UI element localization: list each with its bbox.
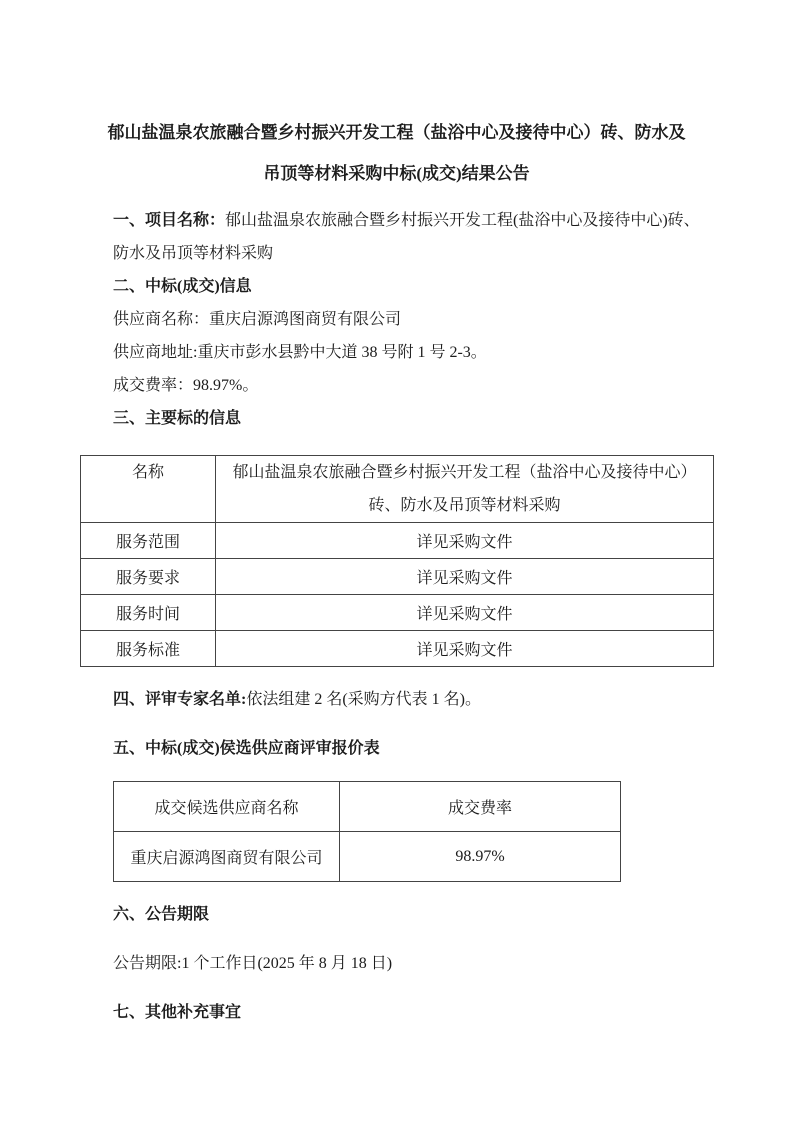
- section-7-heading: 七、其他补充事宜: [113, 996, 713, 1029]
- cell-value: 详见采购文件: [216, 631, 714, 667]
- supplier-address-value: 重庆市彭水县黔中大道 38 号附 1 号 2-3。: [197, 344, 486, 361]
- experts-label: 四、评审专家名单:: [113, 691, 246, 708]
- cell-label: 名称: [81, 456, 216, 523]
- table-row: 重庆启源鸿图商贸有限公司 98.97%: [114, 832, 621, 882]
- project-name-paragraph: 一、项目名称：郁山盐温泉农旅融合暨乡村振兴开发工程(盐浴中心及接待中心)砖、防水…: [113, 204, 713, 270]
- section-6-heading: 六、公告期限: [113, 898, 713, 931]
- table-row: 服务范围 详见采购文件: [81, 523, 714, 559]
- cell-value: 郁山盐温泉农旅融合暨乡村振兴开发工程（盐浴中心及接待中心）砖、防水及吊顶等材料采…: [216, 456, 714, 523]
- header-deal-rate: 成交费率: [340, 782, 621, 832]
- deal-rate-value: 98.97%。: [193, 377, 258, 394]
- cell-value: 详见采购文件: [216, 559, 714, 595]
- cell-label: 服务时间: [81, 595, 216, 631]
- experts-line: 四、评审专家名单:依法组建 2 名(采购方代表 1 名)。: [113, 683, 713, 716]
- cell-deal-rate: 98.97%: [340, 832, 621, 882]
- cell-label: 服务要求: [81, 559, 216, 595]
- deal-rate-line: 成交费率：98.97%。: [113, 369, 713, 402]
- footer-text-block: 六、公告期限 公告期限:1 个工作日(2025 年 8 月 18 日) 七、其他…: [113, 898, 713, 1029]
- section-2-heading: 二、中标(成交)信息: [113, 270, 713, 303]
- table-row: 服务标准 详见采购文件: [81, 631, 714, 667]
- cell-label: 服务标准: [81, 631, 216, 667]
- deal-rate-label: 成交费率：: [113, 377, 193, 394]
- announcement-period-line: 公告期限:1 个工作日(2025 年 8 月 18 日): [113, 947, 713, 980]
- section-5-heading: 五、中标(成交)侯选供应商评审报价表: [113, 732, 713, 765]
- supplier-address-label: 供应商地址:: [113, 344, 197, 361]
- document-title: 郁山盐温泉农旅融合暨乡村振兴开发工程（盐浴中心及接待中心）砖、防水及 吊顶等材料…: [0, 0, 793, 194]
- candidates-table: 成交候选供应商名称 成交费率 重庆启源鸿图商贸有限公司 98.97%: [113, 781, 621, 882]
- main-subject-table: 名称 郁山盐温泉农旅融合暨乡村振兴开发工程（盐浴中心及接待中心）砖、防水及吊顶等…: [80, 455, 714, 667]
- cell-supplier-name: 重庆启源鸿图商贸有限公司: [114, 832, 340, 882]
- table-row: 服务时间 详见采购文件: [81, 595, 714, 631]
- supplier-name-label: 供应商名称：: [113, 311, 209, 328]
- project-name-label: 一、项目名称：: [113, 212, 225, 229]
- middle-text-block: 四、评审专家名单:依法组建 2 名(采购方代表 1 名)。 五、中标(成交)侯选…: [113, 683, 713, 765]
- cell-value: 详见采购文件: [216, 595, 714, 631]
- table-row: 名称 郁山盐温泉农旅融合暨乡村振兴开发工程（盐浴中心及接待中心）砖、防水及吊顶等…: [81, 456, 714, 523]
- cell-label: 服务范围: [81, 523, 216, 559]
- table-row: 服务要求 详见采购文件: [81, 559, 714, 595]
- supplier-name-line: 供应商名称：重庆启源鸿图商贸有限公司: [113, 303, 713, 336]
- supplier-name-value: 重庆启源鸿图商贸有限公司: [209, 311, 401, 328]
- section-3-heading: 三、主要标的信息: [113, 402, 713, 435]
- experts-value: 依法组建 2 名(采购方代表 1 名)。: [246, 691, 481, 708]
- document-title-line1: 郁山盐温泉农旅融合暨乡村振兴开发工程（盐浴中心及接待中心）砖、防水及: [0, 112, 793, 153]
- intro-text-block: 一、项目名称：郁山盐温泉农旅融合暨乡村振兴开发工程(盐浴中心及接待中心)砖、防水…: [113, 204, 713, 435]
- document-title-line2: 吊顶等材料采购中标(成交)结果公告: [0, 153, 793, 194]
- cell-value: 详见采购文件: [216, 523, 714, 559]
- supplier-address-line: 供应商地址:重庆市彭水县黔中大道 38 号附 1 号 2-3。: [113, 336, 713, 369]
- header-supplier-name: 成交候选供应商名称: [114, 782, 340, 832]
- table-header-row: 成交候选供应商名称 成交费率: [114, 782, 621, 832]
- document-page: 郁山盐温泉农旅融合暨乡村振兴开发工程（盐浴中心及接待中心）砖、防水及 吊顶等材料…: [0, 0, 793, 1122]
